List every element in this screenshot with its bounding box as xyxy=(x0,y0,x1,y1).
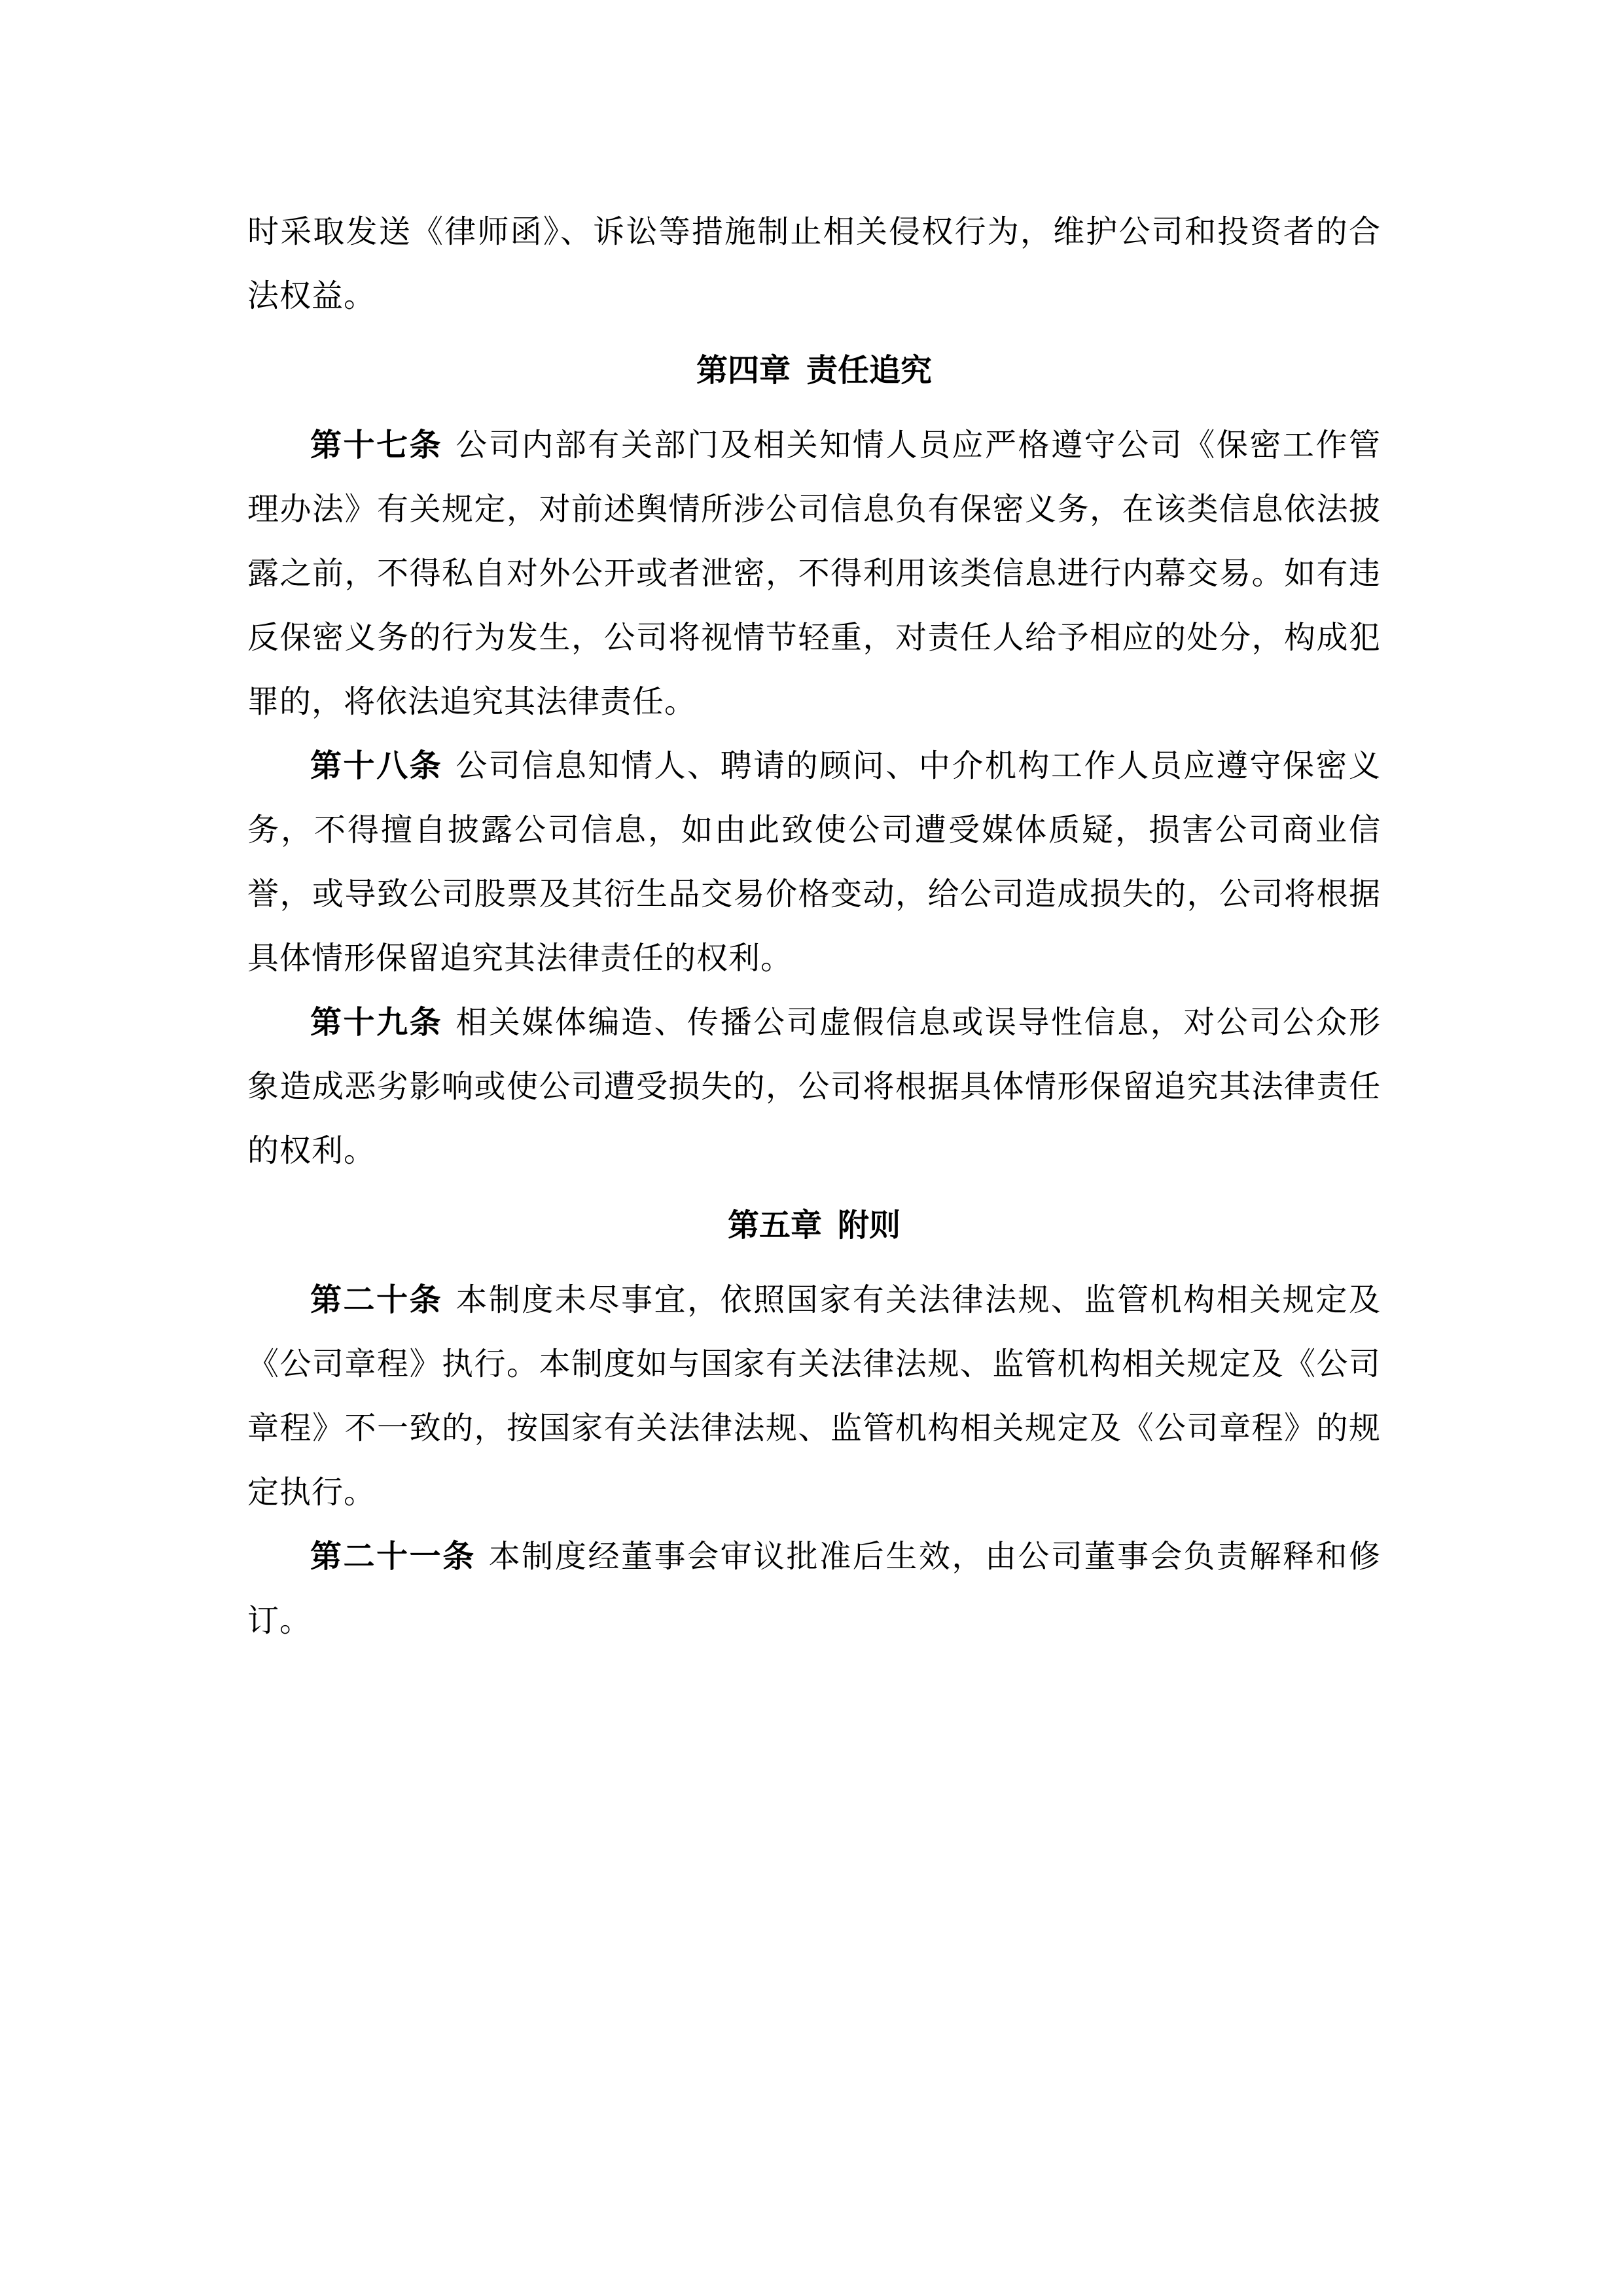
article-number: 第二十一条 xyxy=(310,1538,476,1575)
chapter-number: 第四章 xyxy=(696,352,791,389)
chapter-title: 责任追究 xyxy=(806,352,932,389)
article-number: 第二十条 xyxy=(310,1282,442,1318)
chapter-heading-4: 第四章责任追究 xyxy=(247,328,1381,413)
article-text: 公司内部有关部门及相关知情人员应严格遵守公司《保密工作管理办法》有关规定，对前述… xyxy=(247,427,1381,720)
article-number: 第十九条 xyxy=(310,1004,442,1041)
article-19: 第十九条相关媒体编造、传播公司虚假信息或误导性信息，对公司公众形象造成恶劣影响或… xyxy=(247,990,1381,1183)
article-20: 第二十条本制度未尽事宜，依照国家有关法律法规、监管机构相关规定及《公司章程》执行… xyxy=(247,1268,1381,1524)
article-number: 第十七条 xyxy=(310,427,442,463)
chapter-title: 附则 xyxy=(838,1207,901,1244)
continuation-paragraph: 时采取发送《律师函》、诉讼等措施制止相关侵权行为，维护公司和投资者的合法权益。 xyxy=(247,200,1381,328)
article-21: 第二十一条本制度经董事会审议批准后生效，由公司董事会负责解释和修订。 xyxy=(247,1524,1381,1653)
document-page: 时采取发送《律师函》、诉讼等措施制止相关侵权行为，维护公司和投资者的合法权益。 … xyxy=(247,200,1381,1653)
article-18: 第十八条公司信息知情人、聘请的顾问、中介机构工作人员应遵守保密义务，不得擅自披露… xyxy=(247,734,1381,990)
article-17: 第十七条公司内部有关部门及相关知情人员应严格遵守公司《保密工作管理办法》有关规定… xyxy=(247,413,1381,734)
chapter-number: 第五章 xyxy=(728,1207,822,1244)
chapter-heading-5: 第五章附则 xyxy=(247,1183,1381,1268)
article-number: 第十八条 xyxy=(310,747,442,784)
